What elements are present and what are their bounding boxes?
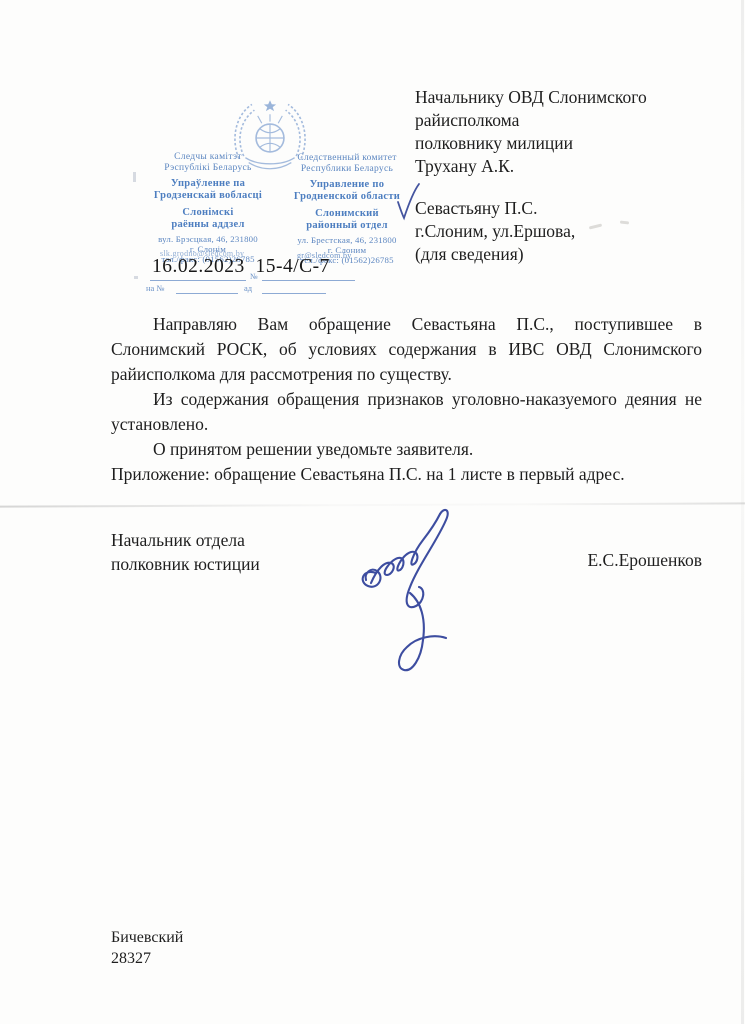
- letter-body: Направляю Вам обращение Севастьяна П.С.,…: [111, 312, 702, 487]
- letterhead-belarusian-column: Следчы камітэт Рэспублікі Беларусь Упраў…: [133, 152, 283, 265]
- reply-blank-line-date: [262, 293, 326, 294]
- scan-edge-shadow: [741, 0, 744, 1024]
- org-name-ru-2: Республики Беларусь: [272, 164, 422, 175]
- outgoing-date-and-number: 16.02.2023 15-4/С-7: [152, 256, 330, 278]
- executor-code: 28327: [111, 948, 183, 969]
- unit-by: Слонімскі: [133, 207, 283, 219]
- addressee-secondary-line: Севастьяну П.С.: [415, 197, 715, 220]
- body-paragraph-2: Из содержания обращения признаков уголов…: [111, 387, 702, 437]
- scan-speck: [134, 276, 138, 279]
- org-name-ru: Следственный комитет: [272, 153, 422, 164]
- unit-by-2: раённы аддзел: [133, 219, 283, 231]
- addressee-line: полковнику милиции: [415, 132, 715, 155]
- scanned-letter-page: { "letterhead": { "emblem_name": "belaru…: [0, 0, 745, 1024]
- reply-blank-line-number: [176, 293, 238, 294]
- executor-block: Бичевский 28327: [111, 927, 183, 969]
- signer-title-line: Начальник отдела: [111, 528, 260, 552]
- addressee-line: райисполкома: [415, 109, 715, 132]
- ref-blank-line-number: [262, 280, 355, 281]
- body-paragraph-1: Направляю Вам обращение Севастьяна П.С.,…: [111, 312, 702, 387]
- reply-from-label: ад: [244, 283, 252, 293]
- addressee-block: Начальнику ОВД Слонимского райисполкома …: [415, 86, 715, 266]
- dept-by-2: Гродзенскай вобласці: [133, 190, 283, 202]
- addressee-line: Трухану А.К.: [415, 155, 715, 178]
- pen-checkmark-icon: [395, 182, 421, 227]
- signer-title-block: Начальник отдела полковник юстиции: [111, 528, 260, 576]
- signer-name: Е.С.Ерошенков: [587, 550, 702, 571]
- handwritten-signature: [346, 497, 474, 697]
- addressee-secondary-line: (для сведения): [415, 243, 715, 266]
- addressee-gap: [415, 178, 715, 197]
- scan-speck: [133, 172, 136, 182]
- ref-blank-line-date: [150, 280, 246, 281]
- executor-name: Бичевский: [111, 927, 183, 948]
- addressee-line: Начальнику ОВД Слонимского: [415, 86, 715, 109]
- attachment-line: Приложение: обращение Севастьяна П.С. на…: [111, 462, 702, 487]
- body-paragraph-3: О принятом решении уведомьте заявителя.: [111, 437, 702, 462]
- dept-by: Упраўленне па: [133, 178, 283, 190]
- signer-title-line: полковник юстиции: [111, 552, 260, 576]
- org-name-by-2: Рэспублікі Беларусь: [133, 163, 283, 174]
- addressee-secondary-line: г.Слоним, ул.Ершова,: [415, 220, 715, 243]
- reply-prefix-label: на №: [146, 283, 165, 293]
- org-name-by: Следчы камітэт: [133, 152, 283, 163]
